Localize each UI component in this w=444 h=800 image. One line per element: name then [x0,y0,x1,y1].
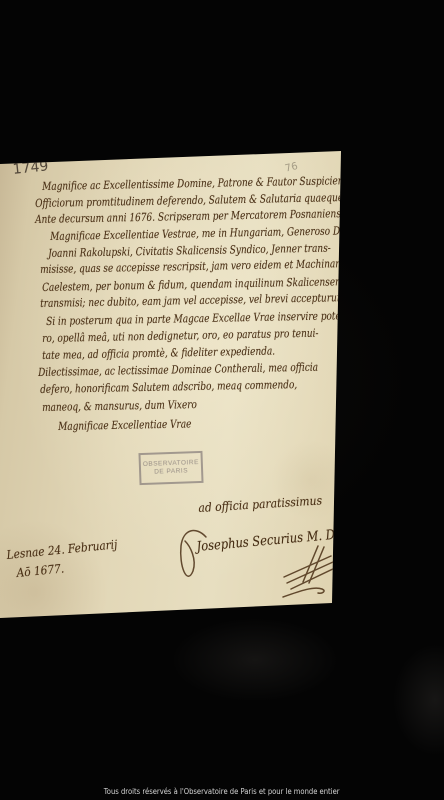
signature: Josephus Securius M. Dr mpp [196,524,370,555]
stamp-text-line2: DE PARIS [154,467,188,476]
dateline-year: Aō 1677. [16,561,65,579]
handwriting-line: Magnificae Excellentiae Vestrae, me in H… [50,224,351,243]
handwriting-line: maneoq, & mansurus, dum Vixero [42,398,197,414]
copyright-caption: Tous droits réservés à l'Observatoire de… [0,786,444,798]
handwriting-line: Magnifice ac Excellentissime Domine, Pat… [42,174,357,193]
closing-line: ad officia paratissimus [198,493,322,515]
handwriting-line: misisse, quas se accepisse rescripsit, j… [40,257,344,276]
letter-paper: 1749 76 Magnifice ac Excellentissime Dom… [0,0,444,800]
handwriting-line: tate mea, ad officia promtè, & fideliter… [42,345,275,362]
handwriting-line: Dilectissimae, ac lectissimae Dominae Co… [38,361,318,379]
handwriting-line: transmisi; nec dubito, eam jam vel accep… [40,291,348,310]
handwriting-line: Magnificae Excellentiae Vrae [58,417,192,433]
copyright-caption-text: Tous droits réservés à l'Observatoire de… [104,786,340,798]
folio-number: 76 [284,161,299,175]
handwriting-line: Ante decursum anni 1676. Scripseram per … [35,207,355,226]
observatory-stamp: OBSERVATOIRE DE PARIS [138,451,203,485]
archive-number: 1749 [12,158,49,178]
dateline-place: Lesnae 24. Februarij [6,537,118,562]
handwriting-line: defero, honorificam Salutem adscribo, me… [40,378,297,396]
handwriting-line: ro, opellâ meâ, uti non dedignetur, oro,… [42,327,319,345]
manuscript-scan: 1749 76 Magnifice ac Excellentissime Dom… [0,0,444,800]
handwriting-line: Si in posterum qua in parte Magcae Excel… [46,309,344,328]
